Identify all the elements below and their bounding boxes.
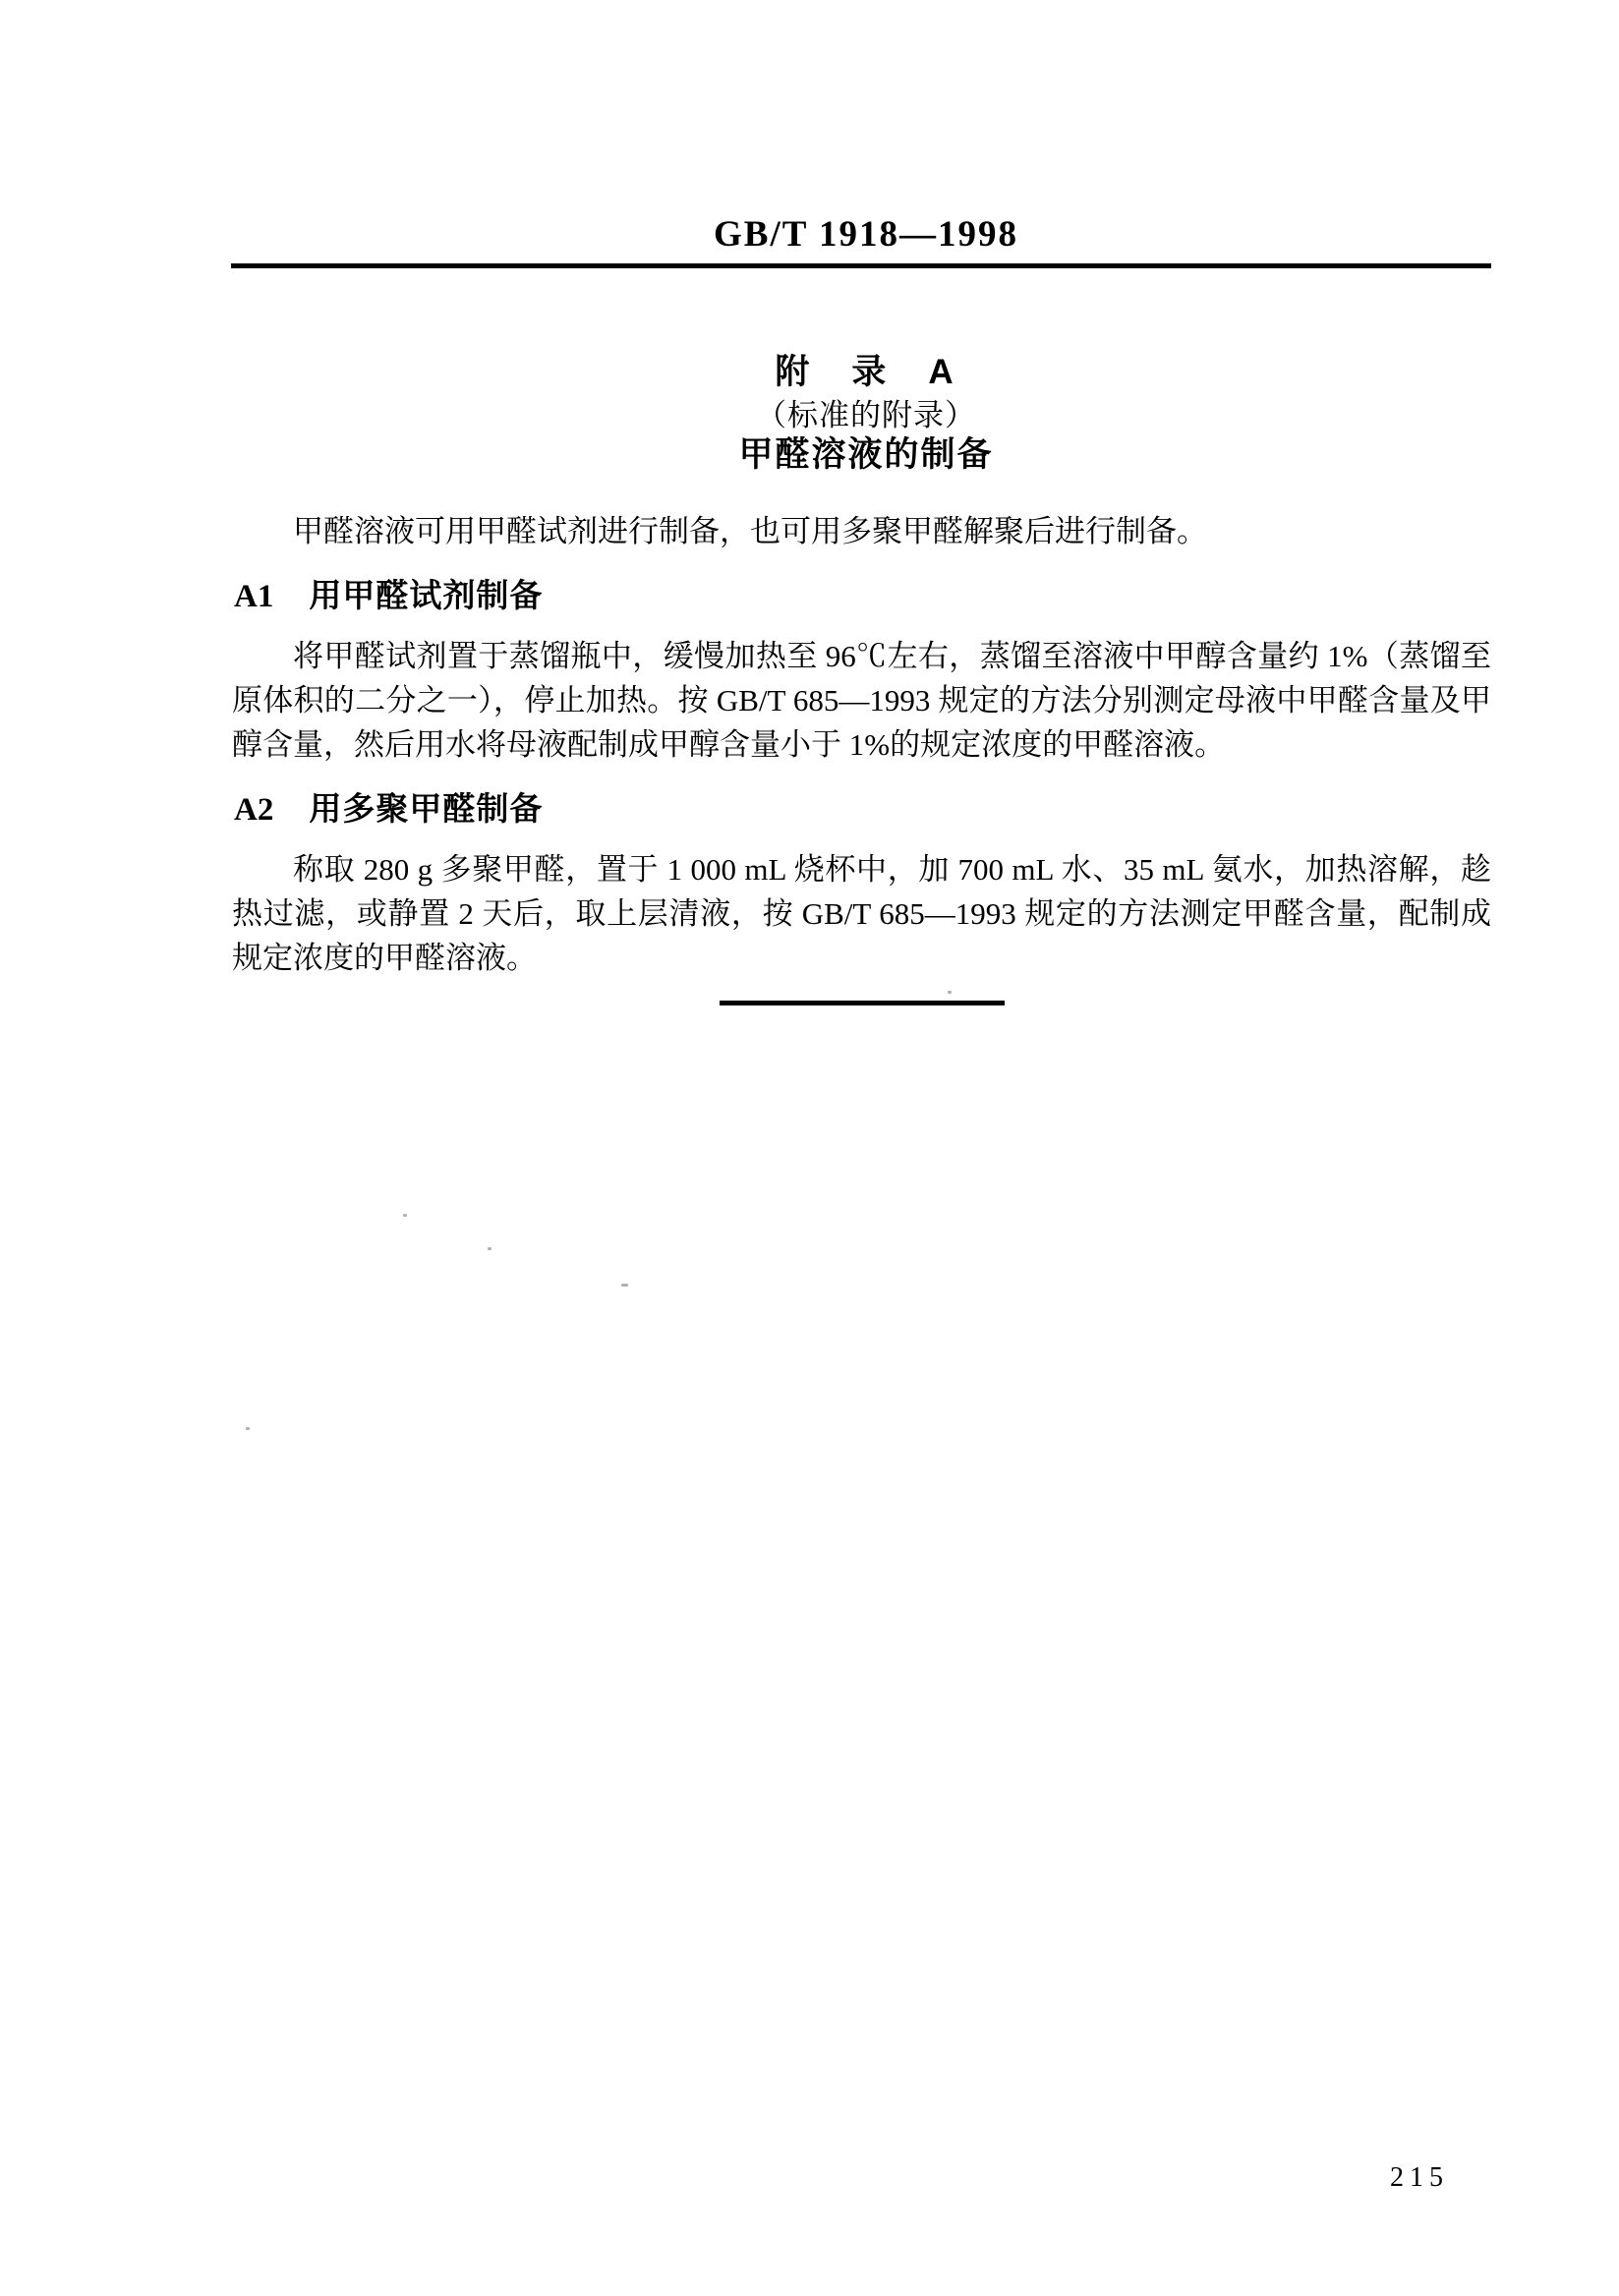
- scan-speck: [621, 1284, 628, 1287]
- page-number: 215: [1390, 2162, 1449, 2194]
- appendix-title: 附 录 A: [231, 345, 1501, 394]
- appendix-heading: 甲醛溶液的制备: [231, 428, 1501, 477]
- section-a2-heading: A2用多聚甲醛制备: [234, 791, 543, 828]
- standard-code: GB/T 1918—1998: [231, 213, 1501, 256]
- section-a1-title: 用甲醛试剂制备: [309, 577, 543, 613]
- scan-speck: [948, 991, 952, 994]
- section-a2-body: 称取 280 g 多聚甲醛，置于 1 000 mL 烧杯中，加 700 mL 水…: [232, 847, 1491, 980]
- header-rule: [231, 263, 1491, 268]
- scan-speck: [488, 1247, 491, 1250]
- section-a1-body: 将甲醛试剂置于蒸馏瓶中，缓慢加热至 96℃左右，蒸馏至溶液中甲醇含量约 1%（蒸…: [232, 634, 1491, 767]
- scan-speck: [246, 1427, 250, 1430]
- section-a1-number: A1: [234, 579, 273, 614]
- end-divider: [720, 1001, 1005, 1005]
- section-a2-title: 用多聚甲醛制备: [309, 790, 543, 827]
- section-a1-heading: A1用甲醛试剂制备: [234, 578, 543, 614]
- intro-paragraph: 甲醛溶液可用甲醛试剂进行制备，也可用多聚甲醛解聚后进行制备。: [232, 509, 1491, 553]
- document-page: GB/T 1918—1998 附 录 A （标准的附录） 甲醛溶液的制备 甲醛溶…: [0, 0, 1619, 2296]
- scan-speck: [403, 1214, 407, 1217]
- section-a2-number: A2: [234, 792, 273, 828]
